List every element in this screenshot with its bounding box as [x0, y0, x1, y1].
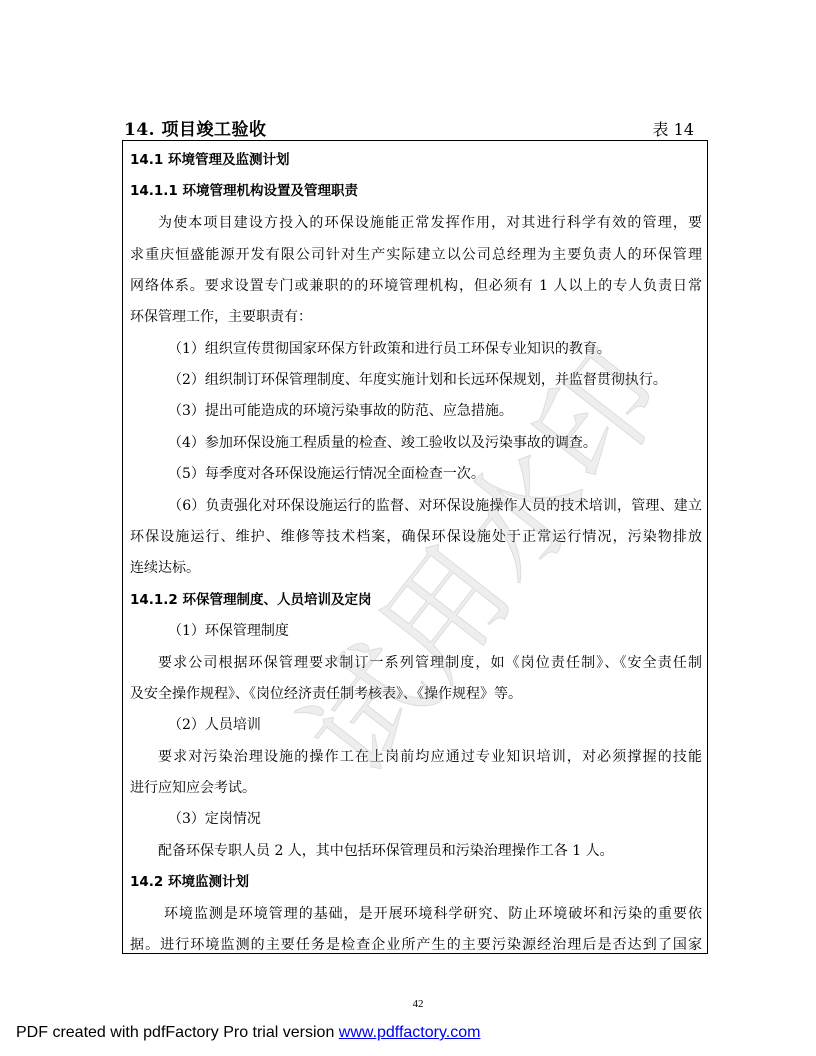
- duty-item-2: （2）组织制订环保管理制度、年度实施计划和长远环保规划，并监督贯彻执行。: [168, 370, 667, 390]
- paragraph-line: 环保设施运行、维护、维修等技术档案，确保环保设施处于正常运行情况，污染物排放: [130, 527, 702, 547]
- duty-item-1: （1）组织宣传贯彻国家环保方针政策和进行员工环保专业知识的教育。: [168, 339, 611, 359]
- section-heading-14-1: 14.1 环境管理及监测计划: [130, 150, 290, 170]
- pdf-footer: PDF created with pdfFactory Pro trial ve…: [16, 1024, 480, 1042]
- subsection-title: （1）环保管理制度: [168, 621, 289, 641]
- paragraph-line: 要求公司根据环保管理要求制订一系列管理制度，如《岗位责任制》、《安全责任制: [130, 653, 702, 673]
- duty-item-4: （4）参加环保设施工程质量的检查、竣工验收以及污染事故的调查。: [168, 433, 597, 453]
- content-table-box: 14.1 环境管理及监测计划 14.1.1 环境管理机构设置及管理职责 为使本项…: [122, 140, 708, 954]
- paragraph-line: 连续达标。: [130, 558, 200, 578]
- page-heading: 14. 项目竣工验收 表 14: [124, 114, 694, 140]
- paragraph-line: 及安全操作规程》、《岗位经济责任制考核表》、《操作规程》等。: [130, 684, 522, 704]
- section-heading-14-1-2: 14.1.2 环保管理制度、人员培训及定岗: [130, 590, 372, 610]
- paragraph-line: 环境监测是环境管理的基础，是开展环境科学研究、防止环境破坏和污染的重要依: [130, 904, 702, 924]
- duty-item-3: （3）提出可能造成的环境污染事故的防范、应急措施。: [168, 401, 513, 421]
- paragraph-line: 进行应知应会考试。: [130, 778, 256, 798]
- paragraph-line: 为使本项目建设方投入的环保设施能正常发挥作用，对其进行科学有效的管理，要: [130, 213, 702, 233]
- duty-item-5: （5）每季度对各环保设施运行情况全面检查一次。: [168, 464, 485, 484]
- subsection-title: （3）定岗情况: [168, 809, 261, 829]
- section-heading-14-1-1: 14.1.1 环境管理机构设置及管理职责: [130, 181, 358, 201]
- page-number: 42: [0, 998, 816, 1010]
- chapter-title: 14. 项目竣工验收: [124, 115, 267, 140]
- paragraph-line: 求重庆恒盛能源开发有限公司针对生产实际建立以公司总经理为主要负责人的环保管理: [130, 245, 702, 265]
- paragraph-line: 环保管理工作，主要职责有：: [130, 307, 312, 327]
- duty-item-6: （6）负责强化对环保设施运行的监督、对环保设施操作人员的技术培训，管理、建立: [130, 496, 702, 516]
- paragraph-line: 网络体系。要求设置专门或兼职的的环境管理机构，但必须有 1 人以上的专人负责日常: [130, 276, 702, 296]
- subsection-title: （2）人员培训: [168, 715, 261, 735]
- paragraph-line: 配备环保专职人员 2 人，其中包括环保管理员和污染治理操作工各 1 人。: [158, 841, 614, 861]
- section-heading-14-2: 14.2 环境监测计划: [130, 872, 249, 892]
- table-number: 表 14: [653, 117, 694, 140]
- paragraph-line: 要求对污染治理设施的操作工在上岗前均应通过专业知识培训，对必须撑握的技能: [130, 747, 702, 767]
- footer-link[interactable]: www.pdffactory.com: [339, 1024, 481, 1041]
- paragraph-line: 据。进行环境监测的主要任务是检查企业所产生的主要污染源经治理后是否达到了国家: [130, 935, 702, 954]
- footer-text: PDF created with pdfFactory Pro trial ve…: [16, 1024, 339, 1041]
